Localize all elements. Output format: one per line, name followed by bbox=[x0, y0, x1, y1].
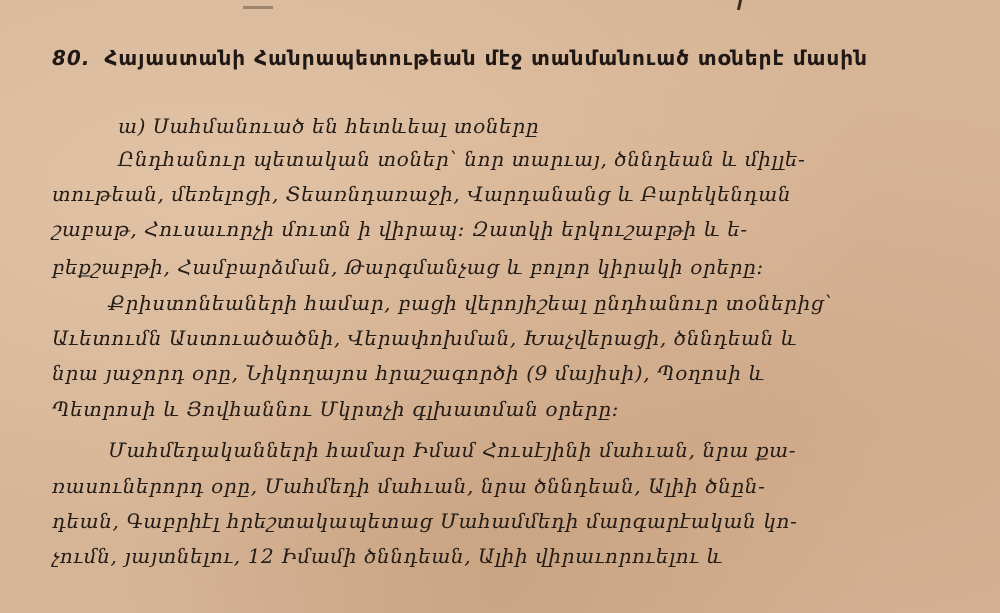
scanned-page: 80. Հայաստանի Հանրապետութեան մէջ տանմանո… bbox=[0, 0, 1000, 613]
section-heading: 80. Հայաստանի Հանրապետութեան մէջ տանմանո… bbox=[52, 46, 868, 70]
paragraph-line: ռասուներորդ օրը, Մահմեդի մահւան, նրա ծնն… bbox=[52, 474, 765, 498]
paragraph-line: Մահմեդականների համար Իմամ Հուսէյինի մահւ… bbox=[108, 438, 796, 462]
subheading: ա) Սահմանուած են հետևեալ տօները bbox=[118, 114, 539, 138]
paragraph-line: Աւետումն Աստուածածնի, Վերափոխման, Խաչվեր… bbox=[52, 326, 797, 350]
paragraph-line: բեքշաբթի, Համբարձման, Թարգմանչաց և բոլոր… bbox=[52, 255, 764, 279]
section-number: 80. bbox=[52, 46, 90, 70]
ink-mark bbox=[243, 6, 273, 9]
ink-mark bbox=[737, 0, 742, 10]
paragraph-line: Պետրոսի և Յովհաննու Մկրտչի գլխատման օրեր… bbox=[52, 397, 619, 421]
paragraph-line: շաբաթ, Հուսաւորչի մուտն ի վիրապ։ Զատկի ե… bbox=[52, 217, 748, 241]
paragraph-line: տութեան, մեռելոցի, Տեառնդառաջի, Վարդանան… bbox=[52, 182, 791, 206]
section-title: Հայաստանի Հանրապետութեան մէջ տանմանուած … bbox=[104, 46, 868, 70]
paragraph-line: Քրիստոնեաների համար, բացի վերոյիշեալ ընդ… bbox=[108, 291, 832, 315]
paragraph-line: դեան, Գաբրիէլ հրեշտակապետաց Մահամմեդի մա… bbox=[52, 509, 797, 533]
paragraph-line: նրա յաջորդ օրը, Նիկողայոս հրաշագործի (9 … bbox=[52, 361, 765, 385]
paragraph-line: Ընդհանուր պետական տօներ՝ նոր տարւայ, ծնն… bbox=[118, 147, 805, 171]
paragraph-line: չումն, յայտնելու, 12 Իմամի ծննդեան, Ալիի… bbox=[52, 544, 723, 568]
